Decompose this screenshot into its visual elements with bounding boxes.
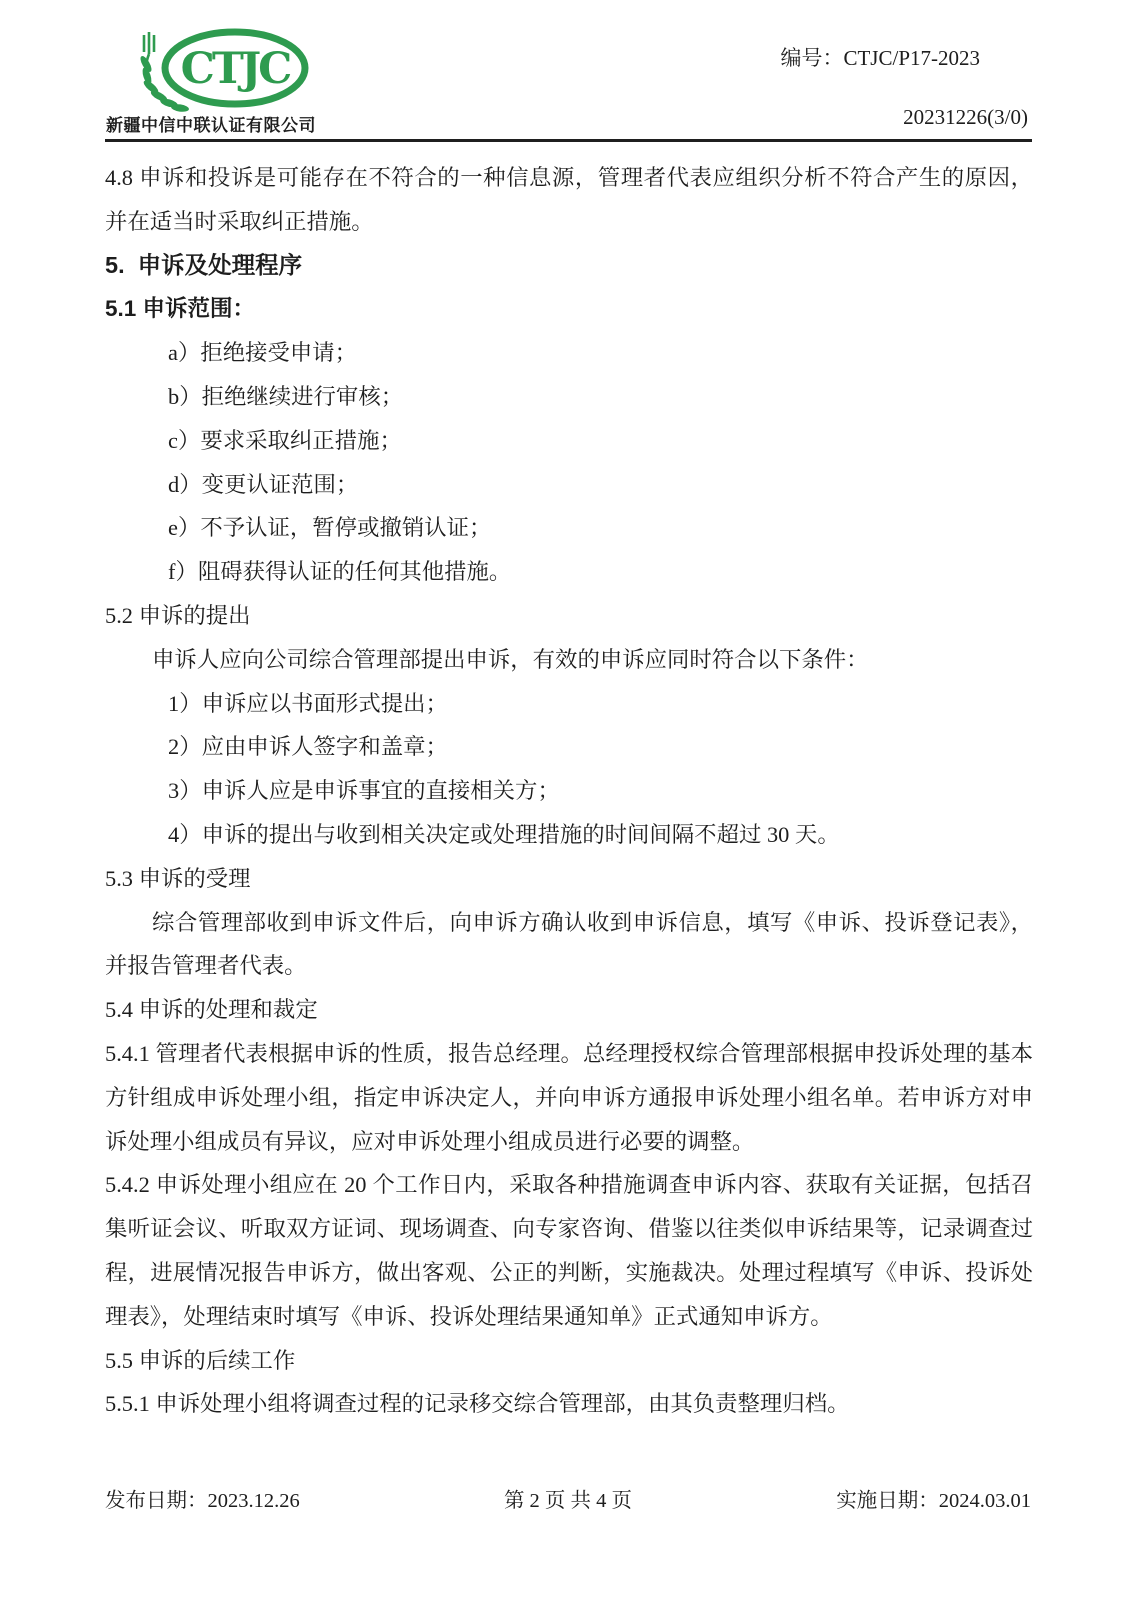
doc-number: 编号：CTJC/P17-2023 [780, 42, 980, 72]
doc-list-item: b）拒绝继续进行审核； [105, 375, 1033, 419]
doc-list-item: 1）申诉应以书面形式提出； [105, 682, 1033, 726]
doc-list-item: 4）申诉的提出与收到相关决定或处理措施的时间间隔不超过 30 天。 [105, 813, 1033, 857]
company-logo: CTJC [122, 24, 312, 116]
doc-paragraph: 5.4.2 申诉处理小组应在 20 个工作日内，采取各种措施调查申诉内容、获取有… [105, 1163, 1033, 1338]
doc-list-item: c）要求采取纠正措施； [105, 419, 1033, 463]
page-footer: 发布日期：2023.12.26 第 2 页 共 4 页 实施日期：2024.03… [105, 1483, 1031, 1513]
doc-list-item: f）阻碍获得认证的任何其他措施。 [105, 550, 1033, 594]
doc-indented-paragraph: 综合管理部收到申诉文件后，向申诉方确认收到申诉信息，填写《申诉、投诉登记表》，并… [105, 901, 1033, 989]
doc-subheading: 5.1 申诉范围： [105, 287, 1033, 331]
doc-list-item: 3）申诉人应是申诉事宜的直接相关方； [105, 769, 1033, 813]
doc-heading: 5. 申诉及处理程序 [105, 244, 1033, 288]
doc-paragraph: 5.2 申诉的提出 [105, 594, 1033, 638]
implementation-date: 实施日期：2024.03.01 [836, 1483, 1031, 1513]
document-body: 4.8 申诉和投诉是可能存在不符合的一种信息源，管理者代表应组织分析不符合产生的… [105, 156, 1033, 1426]
doc-list-item: d）变更认证范围； [105, 463, 1033, 507]
doc-revision: 20231226(3/0) [903, 105, 1028, 130]
header-divider [105, 139, 1032, 142]
doc-paragraph: 5.5.1 申诉处理小组将调查过程的记录移交综合管理部，由其负责整理归档。 [105, 1382, 1033, 1426]
doc-paragraph: 5.5 申诉的后续工作 [105, 1339, 1033, 1383]
svg-text:CTJC: CTJC [181, 44, 292, 94]
document-page: CTJC 新疆中信中联认证有限公司 编号：CTJC/P17-2023 20231… [0, 0, 1131, 1600]
doc-list-item: 2）应由申诉人签字和盖章； [105, 725, 1033, 769]
doc-paragraph: 5.4 申诉的处理和裁定 [105, 988, 1033, 1032]
doc-indented-paragraph: 申诉人应向公司综合管理部提出申诉，有效的申诉应同时符合以下条件： [105, 638, 1033, 682]
ctjc-logo-icon: CTJC [122, 24, 312, 116]
doc-paragraph: 4.8 申诉和投诉是可能存在不符合的一种信息源，管理者代表应组织分析不符合产生的… [105, 156, 1033, 244]
doc-paragraph: 5.3 申诉的受理 [105, 857, 1033, 901]
doc-list-item: a）拒绝接受申请； [105, 331, 1033, 375]
doc-list-item: e）不予认证，暂停或撤销认证； [105, 506, 1033, 550]
release-date: 发布日期：2023.12.26 [105, 1483, 300, 1513]
company-name: 新疆中信中联认证有限公司 [106, 111, 316, 136]
doc-paragraph: 5.4.1 管理者代表根据申诉的性质，报告总经理。总经理授权综合管理部根据申投诉… [105, 1032, 1033, 1163]
page-number: 第 2 页 共 4 页 [504, 1483, 632, 1513]
